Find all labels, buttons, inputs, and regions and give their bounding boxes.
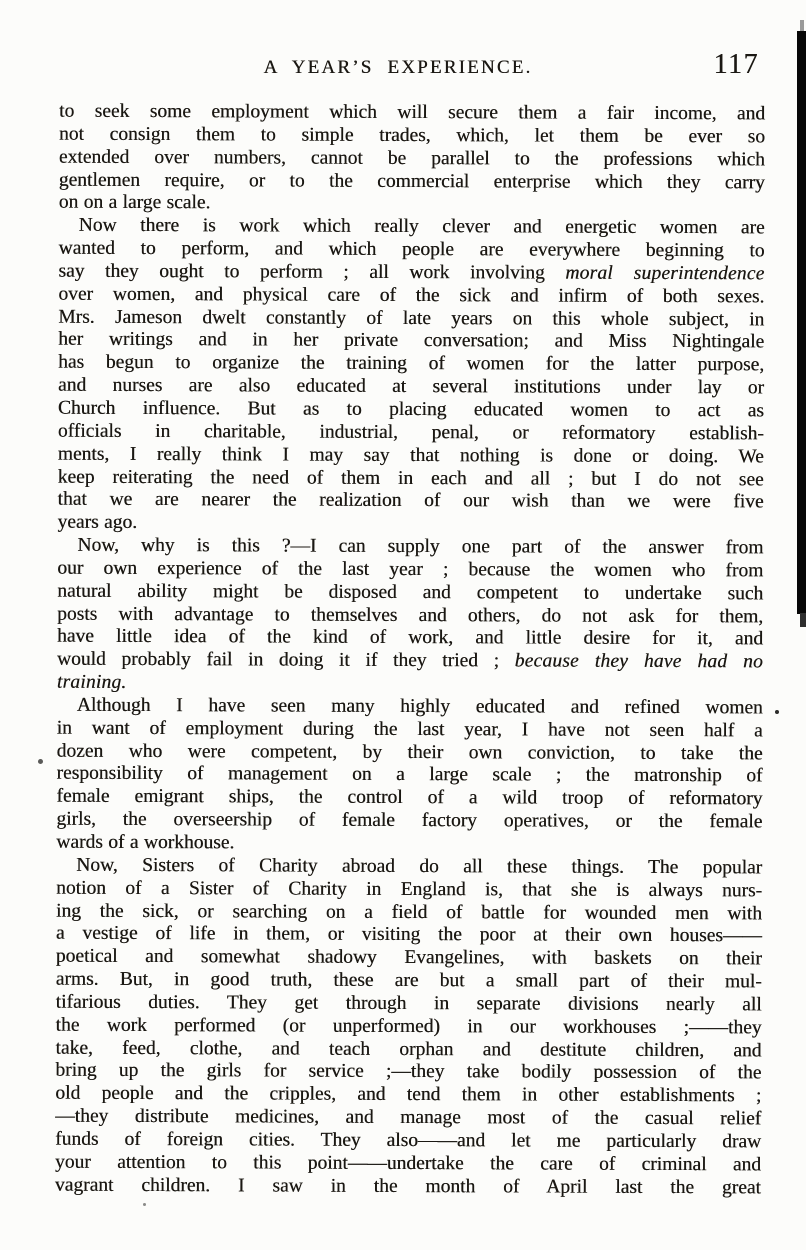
ink-speck [38,759,43,764]
ink-speck [143,1203,146,1206]
text-line: notion of a Sister of Charity in England… [56,877,762,903]
text-line: poetical and somewhat shadowy Evangeline… [56,946,762,972]
text-line: in want of employment during the last ye… [57,717,763,743]
ink-speck [775,710,779,714]
text-line: Now, why is this ?—I can supply one part… [57,535,763,561]
text-line: over women, and physical care of the sic… [58,283,764,309]
text-line: has begun to organize the training of wo… [58,352,764,378]
text-line: tifarious duties. They get through in se… [56,992,762,1018]
book-page-scan: A YEAR’S EXPERIENCE. 117 to seek some em… [0,0,806,1250]
text-line: not consign them to simple trades, which… [59,123,765,149]
text-line: would probably fail in doing it if they … [57,649,763,675]
text-line: say they ought to perform ; all work inv… [58,261,764,287]
running-header-title: A YEAR’S EXPERIENCE. [57,57,739,79]
text-line: training. [57,672,763,698]
text-line: bring up the girls for service ;—they ta… [55,1060,761,1086]
text-line: Now, Sisters of Charity abroad do all th… [56,854,762,880]
text-line: —they distribute medicines, and manage m… [55,1106,761,1132]
paragraph: Although I have seen many highly educate… [56,695,763,858]
text-line: funds of foreign cities. They also——and … [55,1129,761,1155]
text-line: vagrant children. I saw in the month of … [55,1174,761,1200]
paragraph: Now, why is this ?—I can supply one part… [57,535,764,698]
text-line: our own experience of the last year ; be… [57,558,763,584]
text-line: old people and the cripples, and tend th… [55,1083,761,1109]
scan-gutter-shadow-tail [800,613,806,627]
text-line: extended over numbers, cannot be paralle… [59,146,765,172]
paragraph: Now there is work which really clever an… [57,215,764,538]
text-line: posts with advantage to themselves and o… [57,603,763,629]
text-line: years ago. [57,512,763,538]
text-line: responsibility of management on a large … [56,763,762,789]
text-line: Mrs. Jameson dwelt constantly of late ye… [58,306,764,332]
text-line: ments, I really think I may say that not… [58,443,764,469]
text-line: female emigrant ships, the control of a … [56,786,762,812]
text-line: a vestige of life in them, or visiting t… [56,923,762,949]
text-line: gentlemen require, or to the commercial … [59,169,765,195]
text-line: Now there is work which really clever an… [59,215,765,241]
text-line: and nurses are also educated at several … [58,375,764,401]
text-line: to seek some employment which will secur… [59,101,765,127]
text-line: officials in charitable, industrial, pen… [58,420,764,446]
text-line: her writings and in her private conversa… [58,329,764,355]
text-line: keep reiterating the need of them in eac… [58,466,764,492]
text-line: wards of a workhouse. [56,832,762,858]
text-line: natural ability might be disposed and co… [57,580,763,606]
text-line: ing the sick, or searching on a field of… [56,900,762,926]
text-line: have little idea of the kind of work, an… [57,626,763,652]
text-line: your attention to this point——undertake … [55,1151,761,1177]
scan-gutter-shadow [797,31,806,614]
text-line: Church influence. But as to placing educ… [58,398,764,424]
text-line: wanted to perform, and which people are … [58,238,764,264]
text-line: girls, the overseership of female factor… [56,809,762,835]
text-line: that we are nearer the realization of ou… [58,489,764,515]
page-number: 117 [714,49,759,81]
text-line: arms. But, in good truth, these are but … [56,969,762,995]
text-line: Although I have seen many highly educate… [57,695,763,721]
text-line: on on a large scale. [59,192,765,218]
text-line: take, feed, clothe, and teach orphan and… [55,1037,761,1063]
text-line: the work performed (or unperformed) in o… [56,1014,762,1040]
text-block: to seek some employment which will secur… [55,101,765,1200]
paragraph: Now, Sisters of Charity abroad do all th… [55,854,762,1199]
text-line: dozen who were competent, by their own c… [57,740,763,766]
paragraph: to seek some employment which will secur… [59,101,765,218]
